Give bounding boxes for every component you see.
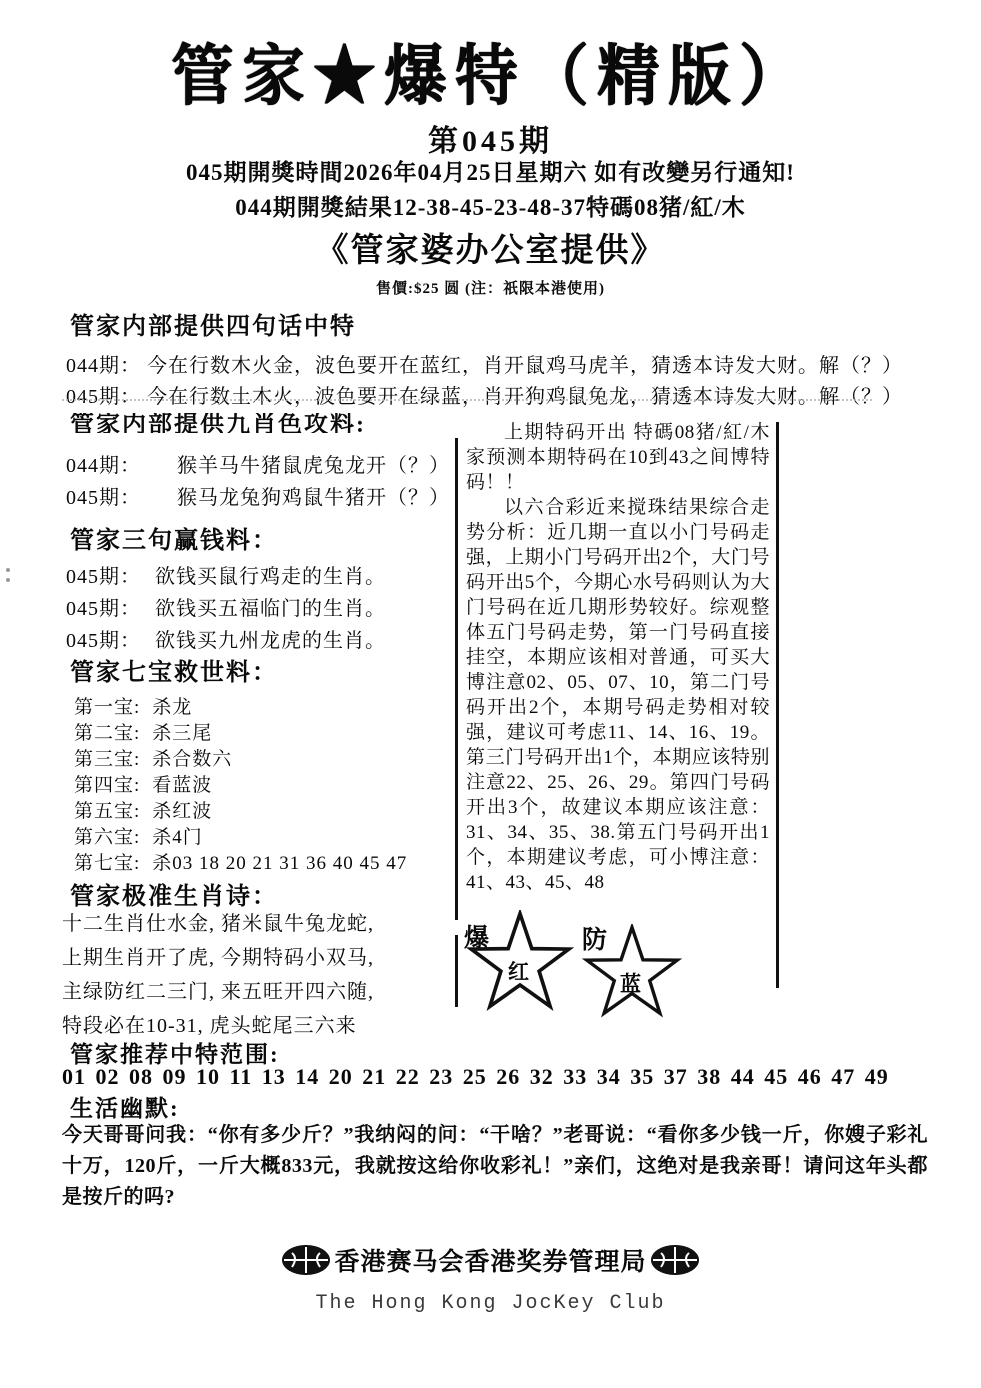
jockey-club-emblem-icon — [280, 1243, 332, 1277]
last-draw-result: 044期開獎結果12-38-45-23-48-37特碼08猪/紅/木 — [0, 189, 981, 222]
three-sentence-row: 045期：欲钱买五福临门的生肖。 — [66, 592, 386, 621]
nine-xiao-row: 044期：猴羊马牛猪鼠虎兔龙开（？） — [66, 449, 450, 478]
treasure-row: 第四宝:看蓝波 — [74, 770, 212, 797]
analysis-block: 上期特码开出 特碼08猪/紅/木家预测本期特码在10到43之间博特码！！ 以六合… — [466, 420, 770, 895]
burst-label: 爆 — [464, 918, 489, 954]
column-divider-left — [455, 438, 458, 920]
scan-smudge-line — [62, 399, 872, 401]
row-label: 045期： — [66, 560, 141, 589]
nine-xiao-row: 045期：猴马龙兔狗鸡鼠牛猪开（？） — [66, 481, 450, 510]
provider-title: 《管家婆办公室提供》 — [0, 224, 981, 271]
jockey-club-emblem-icon — [649, 1243, 701, 1277]
three-sentence-row: 045期：欲钱买鼠行鸡走的生肖。 — [66, 560, 386, 589]
row-label: 045期： — [66, 380, 141, 409]
row-text: 杀合数六 — [152, 749, 232, 770]
humor-text: 今天哥哥问我：“你有多少斤？”我纳闷的问：“干啥？”老哥说：“看你多少钱一斤，你… — [62, 1120, 928, 1213]
row-text: 杀三尾 — [152, 723, 212, 744]
row-label: 第三宝: — [74, 744, 140, 771]
treasure-row: 第二宝:杀三尾 — [74, 718, 212, 745]
treasure-row: 第七宝:杀03 18 20 21 31 36 40 45 47 — [74, 848, 407, 875]
row-label: 045期： — [66, 624, 141, 653]
seven-treasure-heading: 管家七宝救世料： — [70, 652, 278, 687]
scan-artifact-dots — [6, 568, 10, 572]
treasure-row: 第三宝:杀合数六 — [74, 744, 232, 771]
row-text: 欲钱买鼠行鸡走的生肖。 — [155, 566, 386, 588]
nine-xiao-heading: 管家内部提供九肖色攻料: — [70, 413, 450, 433]
four-sentence-row: 045期：今在行数土木火，波色要开在绿蓝，肖开狗鸡鼠兔龙，猜透本诗发大财。解（？… — [66, 380, 903, 409]
row-text: 杀03 18 20 21 31 36 40 45 47 — [152, 853, 407, 874]
star-warning-block: 爆 红 防 蓝 — [456, 900, 778, 1030]
row-text: 看蓝波 — [152, 775, 212, 796]
row-label: 044期： — [66, 449, 141, 478]
row-text: 今在行数土木火，波色要开在绿蓝，肖开狗鸡鼠兔龙，猜透本诗发大财。解（？） — [147, 386, 903, 408]
poem-line: 上期生肖开了虎, 今期特码小双马, — [62, 941, 374, 970]
row-label: 045期： — [66, 481, 141, 510]
red-wave-label: 红 — [508, 956, 529, 986]
nine-xiao-heading-clipped: 管家内部提供九肖色攻料: — [70, 413, 450, 433]
three-sentence-heading: 管家三句赢钱料： — [70, 520, 278, 555]
zodiac-poem-heading: 管家极准生肖诗： — [70, 876, 278, 911]
row-text: 猴羊马牛猪鼠虎兔龙开（？） — [177, 455, 450, 477]
poem-line: 特段必在10-31, 虎头蛇尾三六来 — [62, 1009, 357, 1038]
three-sentence-row: 045期：欲钱买九州龙虎的生肖。 — [66, 624, 386, 653]
row-label: 第六宝: — [74, 822, 140, 849]
row-label: 044期： — [66, 349, 141, 378]
column-divider-right — [776, 422, 779, 905]
row-text: 杀龙 — [152, 697, 192, 718]
treasure-row: 第五宝:杀红波 — [74, 796, 212, 823]
footer-cn-text: 香港赛马会香港奖券管理局 — [334, 1242, 646, 1278]
footer: 香港赛马会香港奖券管理局 — [0, 1242, 981, 1278]
footer-en-text: The Hong Kong JocKey Club — [0, 1292, 981, 1315]
row-text: 杀红波 — [152, 801, 212, 822]
row-label: 第七宝: — [74, 848, 140, 875]
row-text: 猴马龙兔狗鸡鼠牛猪开（？） — [177, 487, 450, 509]
humor-heading: 生活幽默: — [70, 1090, 180, 1123]
row-text: 今在行数木火金，波色要开在蓝红，肖开鼠鸡马虎羊，猜透本诗发大财。解（？） — [147, 355, 903, 377]
guard-label: 防 — [582, 920, 607, 956]
row-label: 第五宝: — [74, 796, 140, 823]
analysis-paragraph-1: 上期特码开出 特碼08猪/紅/木家预测本期特码在10到43之间博特码！！ — [466, 420, 770, 495]
analysis-paragraph-2: 以六合彩近来搅珠结果综合走势分析：近几期一直以小门号码走强，上期小门号码开出2个… — [466, 495, 770, 895]
page-title: 管家★爆特（精版） — [0, 23, 981, 117]
four-sentence-heading: 管家内部提供四句话中特 — [70, 306, 356, 341]
row-label: 第二宝: — [74, 718, 140, 745]
row-text: 欲钱买九州龙虎的生肖。 — [155, 630, 386, 652]
treasure-row: 第一宝:杀龙 — [74, 692, 192, 719]
row-text: 杀4门 — [152, 827, 203, 848]
poem-line: 主绿防红二三门, 来五旺开四六随, — [62, 975, 374, 1004]
row-label: 045期： — [66, 592, 141, 621]
poem-line: 十二生肖仕水金, 猪米鼠牛兔龙蛇, — [62, 907, 374, 936]
draw-time-notice: 045期開獎時間2026年04月25日星期六 如有改變另行通知! — [0, 154, 981, 187]
treasure-row: 第六宝:杀4门 — [74, 822, 203, 849]
four-sentence-row: 044期：今在行数木火金，波色要开在蓝红，肖开鼠鸡马虎羊，猜透本诗发大财。解（？… — [66, 349, 903, 378]
recommend-numbers: 01 02 08 09 10 11 13 14 20 21 22 23 25 2… — [62, 1064, 889, 1090]
blue-wave-label: 蓝 — [620, 968, 641, 998]
row-text: 欲钱买五福临门的生肖。 — [155, 598, 386, 620]
row-label: 第四宝: — [74, 770, 140, 797]
price-note: 售價:$25 圆 (注：祇限本港使用) — [0, 277, 981, 298]
row-label: 第一宝: — [74, 692, 140, 719]
